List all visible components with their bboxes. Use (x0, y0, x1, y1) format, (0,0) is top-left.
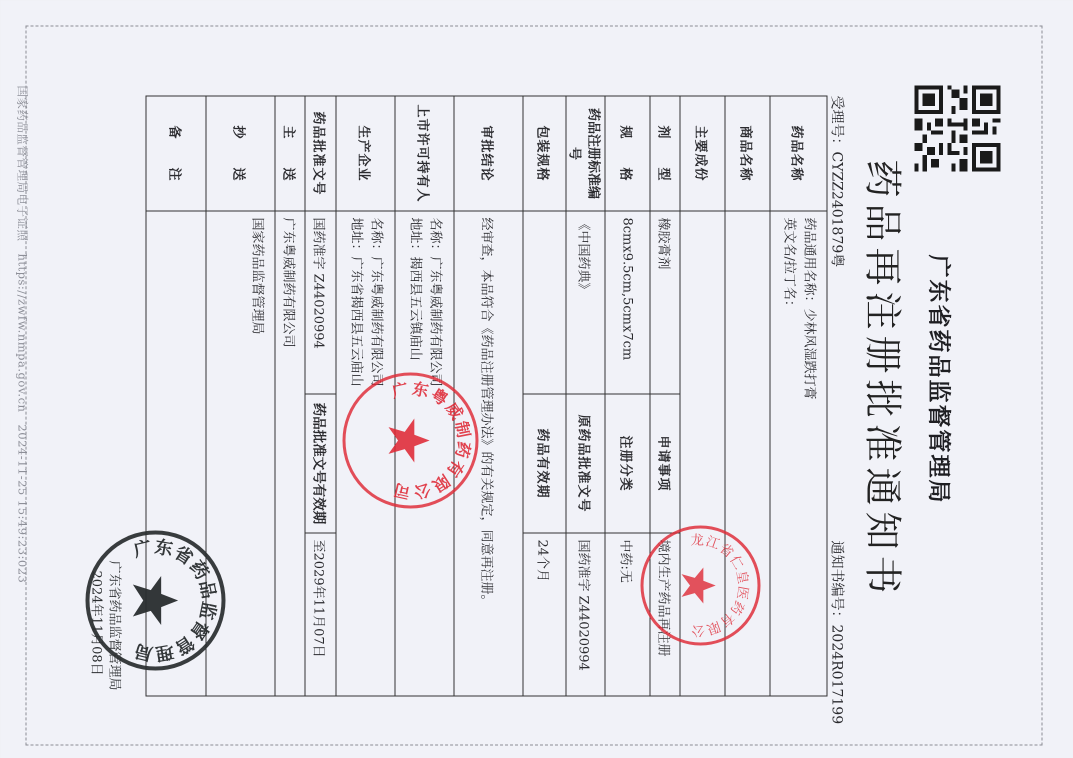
star-icon (132, 575, 177, 624)
standard-number-label: 药品注册标准编号 (566, 96, 605, 211)
approval-number-value: 国药准字 Z44020994 (305, 211, 336, 394)
approval-validity-value: 至2029年11月07日 (305, 533, 336, 696)
acceptance-number-label: 受理号： (828, 95, 844, 151)
main-ingredients-label: 主要成份 (680, 96, 725, 211)
application-item-label: 申请事项 (650, 394, 680, 533)
registration-category-label: 注册分类 (605, 394, 650, 533)
document-title: 药品再注册批准通知书 (858, 0, 913, 758)
generic-name: 药品通用名称：少林风湿跌打膏 (798, 217, 818, 689)
specification-value: 8cmx9.5cm,5cmx7cm (605, 211, 650, 394)
drug-name-label: 药品名称 (770, 96, 827, 211)
notice-number-label: 通知书编号： (828, 540, 844, 624)
trade-name-label: 商品名称 (725, 96, 770, 211)
specification-label: 规 格 (605, 96, 650, 211)
notice-document: 广东省药品监督管理局 药品再注册批准通知书 受理号：CYZZ2401879粤 通… (0, 0, 1073, 758)
distributor-seal: 黑龙江省仁皇医药有限公司 (640, 525, 760, 645)
star-icon (681, 567, 715, 603)
table-row: 包装规格 药品有效期 24个月 (523, 96, 566, 696)
dosage-form-label: 剂 型 (650, 96, 680, 211)
issuer-name: 广东省药品监督管理局 (924, 0, 957, 758)
notice-number-value: 2024R017199 (828, 624, 844, 724)
notice-number: 通知书编号：2024R017199 (827, 540, 847, 724)
table-row: 药品注册标准编号 《中国药典》 原药品批准文号 国药准字 Z44020994 (566, 96, 605, 696)
company-seal: 广东粤威制药有限公司 (342, 372, 478, 508)
dosage-form-value: 橡胶膏剂 (650, 211, 680, 394)
standard-number-value: 《中国药典》 (566, 211, 605, 394)
table-row: 药品批准文号 国药准字 Z44020994 药品批准文号有效期 至2029年11… (305, 96, 336, 696)
approval-validity-label: 药品批准文号有效期 (305, 394, 336, 533)
distributor-seal-graphic: 黑龙江省仁皇医药有限公司 (643, 528, 757, 642)
remarks-label: 备 注 (146, 96, 206, 211)
conclusion-label: 审批结论 (454, 96, 523, 211)
original-approval-number-label: 原药品批准文号 (566, 394, 605, 533)
copy-to-label: 抄 送 (206, 96, 275, 211)
english-name: 英文名/拉丁名： (778, 217, 798, 689)
shelf-life-value: 24个月 (523, 533, 566, 696)
issuer-signature-name: 广东省药品监督管理局 (106, 560, 125, 690)
mah-label: 上市许可持有人 (395, 96, 454, 211)
packaging-label: 包装规格 (523, 96, 566, 211)
manufacturer-label: 生产企业 (336, 96, 395, 211)
electronic-certificate-footer: 国家药品监督管理局电子证照 https://zwfw.nmpa.gov.cn 2… (14, 85, 30, 583)
acceptance-number: 受理号：CYZZ2401879粤 (827, 95, 847, 267)
send-to-label: 主 送 (275, 96, 305, 211)
issue-date: 2024年11月08日 (88, 570, 107, 675)
original-approval-number-value: 国药准字 Z44020994 (566, 533, 605, 696)
shelf-life-label: 药品有效期 (523, 394, 566, 533)
packaging-value (523, 211, 566, 394)
table-row: 药品名称 药品通用名称：少林风湿跌打膏 英文名/拉丁名： (770, 96, 827, 696)
approval-number-label: 药品批准文号 (305, 96, 336, 211)
table-row: 主 送 广东粤威制药有限公司 (275, 96, 305, 696)
drug-name-value: 药品通用名称：少林风湿跌打膏 英文名/拉丁名： (770, 211, 827, 696)
send-to-value: 广东粤威制药有限公司 (275, 211, 305, 696)
star-icon (388, 418, 429, 462)
acceptance-number-value: CYZZ2401879粤 (828, 151, 844, 267)
company-seal-graphic: 广东粤威制药有限公司 (345, 375, 475, 505)
